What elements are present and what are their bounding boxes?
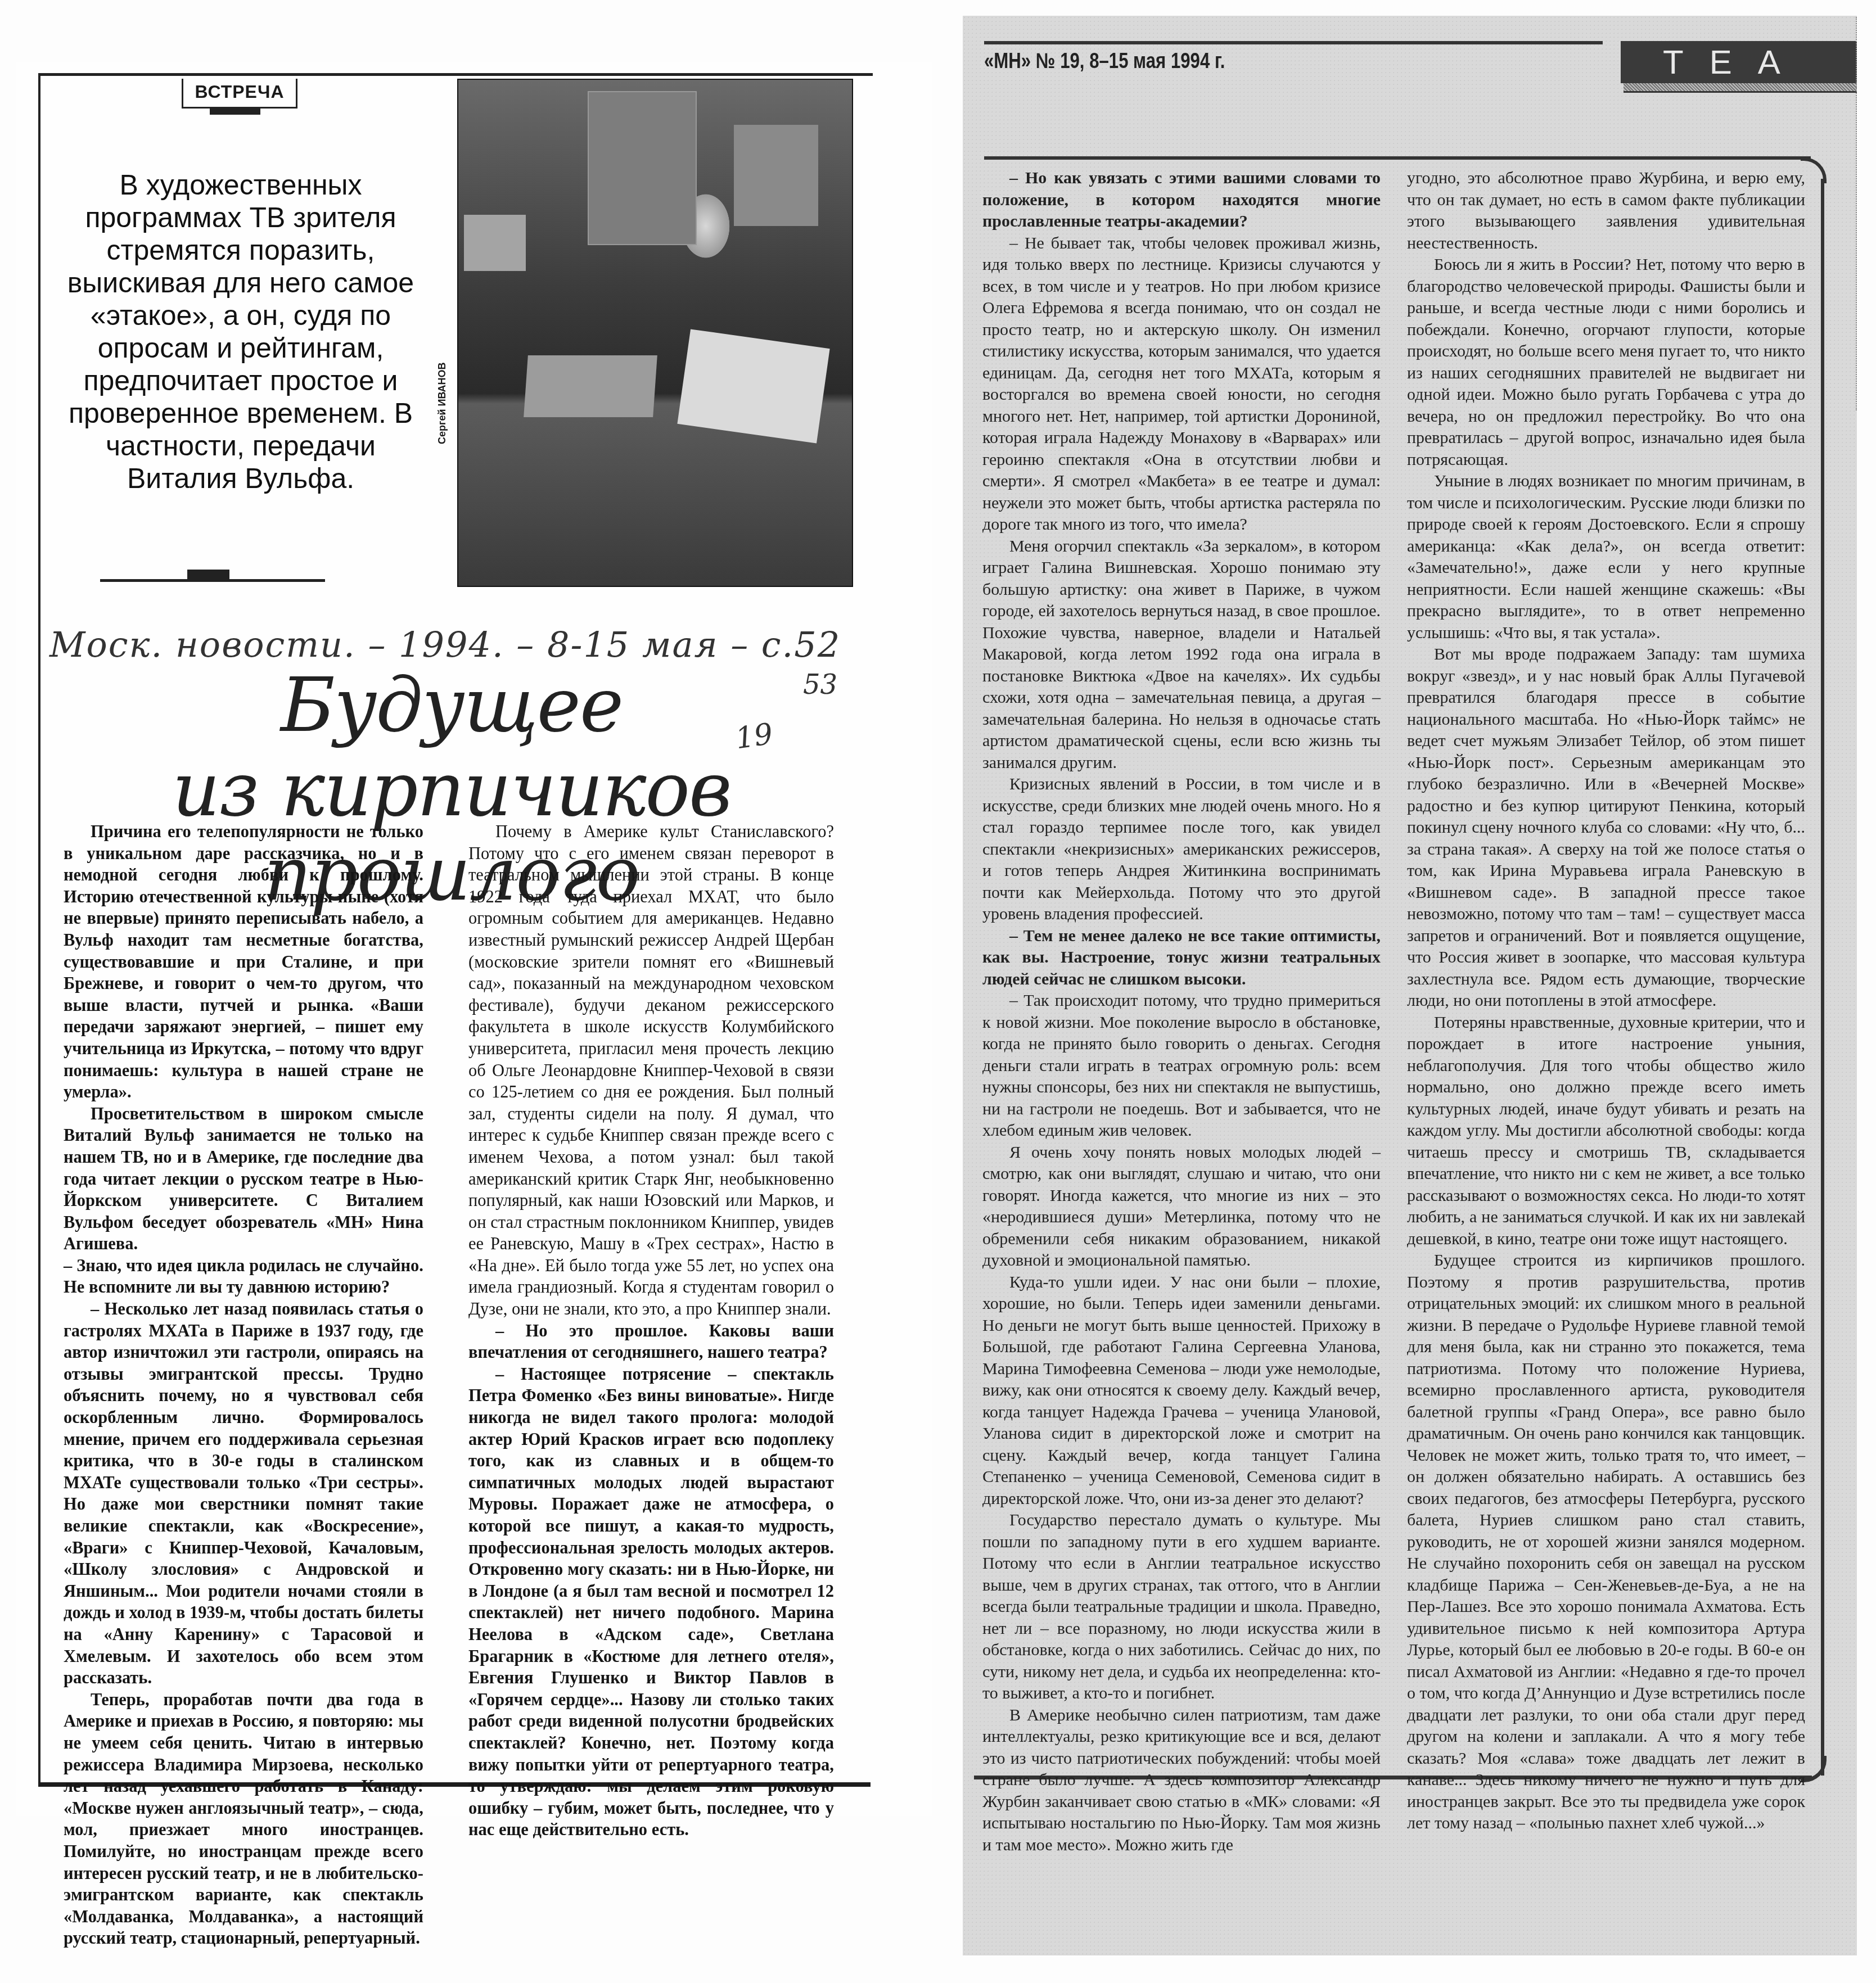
box-right-rule [1821, 179, 1824, 1776]
paragraph: Кризисных явлений в России, в том числе … [982, 774, 1381, 925]
header-rule [984, 41, 1603, 44]
left-article-column-1: Причина его телепопулярности не только в… [64, 821, 423, 1949]
left-article-column-2: Почему в Америке культ Станиславского? П… [468, 821, 834, 1841]
section-tab-stripe [1624, 83, 1857, 93]
paragraph: – Так происходит потому, что трудно прим… [982, 990, 1381, 1142]
paragraph: Вот мы вроде подражаем Западу: там шумих… [1407, 644, 1805, 1012]
rubric-label: ВСТРЕЧА [182, 79, 297, 109]
photo-credit: Сергей ИВАНОВ [436, 362, 448, 444]
paragraph: Будущее строится из кирпичиков прошлого.… [1407, 1250, 1805, 1835]
paragraph: Потеряны нравственные, духовные критерии… [1407, 1012, 1805, 1250]
paragraph: – Настоящее потрясение – спектакль Петра… [468, 1363, 834, 1841]
lead-divider-bar [187, 570, 229, 582]
issue-masthead: «МН» № 19, 8–15 мая 1994 г. [984, 49, 1225, 74]
right-clipping: «МН» № 19, 8–15 мая 1994 г. ТЕА – Но как… [963, 16, 1857, 1955]
paragraph: Меня огорчил спектакль «За зеркалом», в … [982, 536, 1381, 774]
headline-line-1: Будущее [49, 663, 854, 748]
box-top-rule [984, 156, 1811, 160]
interview-question: – Но это прошлое. Каковы ваши впечатлени… [468, 1320, 834, 1363]
paragraph: Почему в Америке культ Станиславского? П… [468, 821, 834, 1320]
right-article-column-2: угодно, это абсолютное право Журбина, и … [1407, 168, 1805, 1835]
left-clipping: ВСТРЕЧА В художественных программах ТВ з… [16, 62, 932, 1816]
right-article-column-1: – Но как увязать с этими вашими словами … [982, 168, 1381, 1856]
paragraph: В Америке необычно силен патриотизм, там… [982, 1705, 1381, 1856]
paragraph: Я очень хочу понять новых молодых людей … [982, 1142, 1381, 1272]
paragraph: Боюсь ли я жить в России? Нет, потому чт… [1407, 254, 1805, 471]
paragraph: Государство перестало думать о культуре.… [982, 1510, 1381, 1705]
paragraph: – Несколько лет назад появилась статья о… [64, 1298, 423, 1689]
photo-wall-pictures [588, 91, 697, 245]
photo-laptop [524, 355, 657, 417]
paragraph: – Не бывает так, чтобы человек проживал … [982, 233, 1381, 536]
interview-question: – Тем не менее далеко не все такие оптим… [982, 925, 1381, 991]
margin-handwriting [1856, 17, 1876, 410]
lead-paragraph: В художественных программах ТВ зрителя с… [66, 169, 415, 495]
paragraph: Уныние в людях возникает по многим причи… [1407, 471, 1805, 644]
handwritten-citation: Моск. новости. – 1994. – 8-15 мая – с.52 [49, 624, 841, 665]
paragraph: Причина его телепопулярности не только в… [64, 821, 423, 1103]
portrait-photo [457, 79, 853, 587]
paragraph: Просветительством в широком смысле Витал… [64, 1103, 423, 1255]
photo-portrait-frame [464, 215, 526, 271]
section-tab: ТЕА [1621, 41, 1857, 83]
rubric-bar [210, 107, 260, 115]
photo-papers [677, 329, 829, 443]
paragraph: Теперь, проработав почти два года в Амер… [64, 1689, 423, 1949]
paragraph: Куда-то ушли идеи. У нас они были – плох… [982, 1272, 1381, 1510]
photo-window [734, 125, 818, 226]
interview-question: – Знаю, что идея цикла родилась не случа… [64, 1255, 423, 1298]
interview-question: – Но как увязать с этими вашими словами … [982, 168, 1381, 233]
paragraph-continued: угодно, это абсолютное право Журбина, и … [1407, 168, 1805, 254]
